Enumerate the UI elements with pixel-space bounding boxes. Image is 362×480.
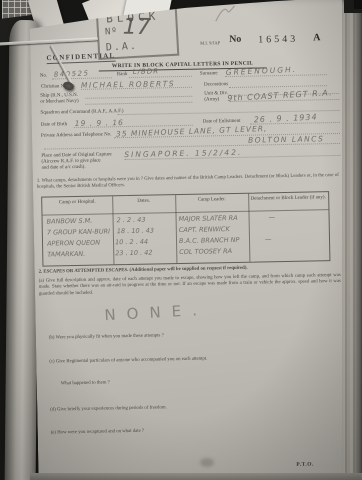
rank-value: L/BDR <box>133 67 159 76</box>
rank-label: Rank <box>117 72 128 78</box>
table-column-line <box>248 194 250 262</box>
private-address-value-line2: BOLTON LANCS <box>248 134 324 144</box>
table-row-leader: CAPT. RENWICK <box>179 225 230 234</box>
top-right-dark-corner-inner <box>354 0 362 9</box>
table-row-leader: B.A.C. BRANCH NP <box>179 236 240 245</box>
table-row-camp: 7 GROUP KAN-BURI <box>47 227 110 236</box>
date-of-birth-label: Date of Birth <box>41 122 67 128</box>
question-2c-text: (c) Give Regimental particulars of anyon… <box>49 354 339 366</box>
form-rule <box>85 96 192 99</box>
christian-names-value: MICHAEL ROBERTS <box>81 79 175 90</box>
ref-number: 16543 <box>258 34 298 46</box>
camps-table: Camp or Hospital. Dates. Camp Leader. De… <box>41 191 330 267</box>
question-2a-text: (a) Give full description and approx. da… <box>39 273 341 298</box>
table-column-line <box>175 195 177 263</box>
question-2b-text: (b) Were you physically fit when you mad… <box>49 330 339 342</box>
date-of-birth-value: 19 . 9 . 16 <box>75 118 124 128</box>
mi9-office-label: M.I. 9/JAP <box>200 40 220 45</box>
stamp-no-label: Nº <box>105 27 118 38</box>
ref-no-label: No <box>229 34 241 45</box>
table-header-dates: Dates. <box>112 198 175 205</box>
form-rule <box>85 102 192 105</box>
table-row-date: 23 . 10 . 42 <box>115 249 152 258</box>
squadron-command-label: Squadron and Command (R.A.F., A.A.F.) <box>40 109 123 116</box>
table-row-leader: COL TOOSEY RA <box>179 247 232 256</box>
pto-label: P.T.O. <box>296 461 314 467</box>
table-row-date: 18 . 10 . 43 <box>117 227 154 236</box>
decorations-label: Decorations <box>204 82 228 88</box>
table-row-camp: BANBOW S.M. <box>47 217 93 226</box>
stamp-block-number-handwritten: 17 <box>123 15 151 40</box>
table-row-leader: MAJOR SLATER RA <box>179 214 238 223</box>
ref-series-letter: A <box>313 32 320 43</box>
surname-label: Surname <box>200 71 218 77</box>
question-2e-text: (e) How were you recaptured and on what … <box>51 425 341 437</box>
page-bottom-edge <box>30 473 362 480</box>
service-number-value: 840525 <box>54 69 90 78</box>
table-header-leader: Camp Leader. <box>175 197 248 204</box>
question-1-text: 1. What camps, detachments or hospitals … <box>37 173 339 192</box>
table-header-detachment: Detachment or Block Leader (if any). <box>248 195 328 203</box>
table-row-camp: APERON QUEON <box>47 239 100 248</box>
form-rule <box>129 76 192 78</box>
question-2d-text: (d) Give briefly your experiences during… <box>50 402 340 414</box>
table-row-camp: TAMARKAN. <box>47 250 85 259</box>
table-header-camp: Camp or Hospital. <box>42 199 112 206</box>
form-rule <box>229 85 327 88</box>
ship-label-line2: or Merchant Navy) <box>40 99 78 105</box>
paper-smudge <box>200 458 214 467</box>
table-row-date: 10 . 2 . 44 <box>115 238 148 247</box>
form-page: CONFIDENTIAL BLOCK Nº 17 D.A. M.I. 9/JAP… <box>0 0 362 480</box>
none-handwritten-answer: NONE. <box>104 301 208 325</box>
stamp-da-label: D.A. <box>106 41 139 54</box>
table-row-detachment: — <box>269 213 276 221</box>
pow-liberation-questionnaire-photo: CONFIDENTIAL BLOCK Nº 17 D.A. M.I. 9/JAP… <box>0 0 362 480</box>
no-label: No. <box>40 74 47 80</box>
unit-div-label-line2: (Army) <box>204 97 219 103</box>
question-2c2-text: What happened to them ? <box>61 377 261 387</box>
pencil-squiggle <box>209 3 239 26</box>
paper-stack-edge-right <box>342 0 362 480</box>
capture-label-line3: and date of a/c crash). <box>42 165 86 172</box>
table-row-date: 2 . 2 . 43 <box>117 216 146 225</box>
private-address-label: Private Address and Telephone No. <box>41 132 112 139</box>
table-column-line <box>112 196 114 264</box>
table-row-detachment: — <box>265 235 272 243</box>
